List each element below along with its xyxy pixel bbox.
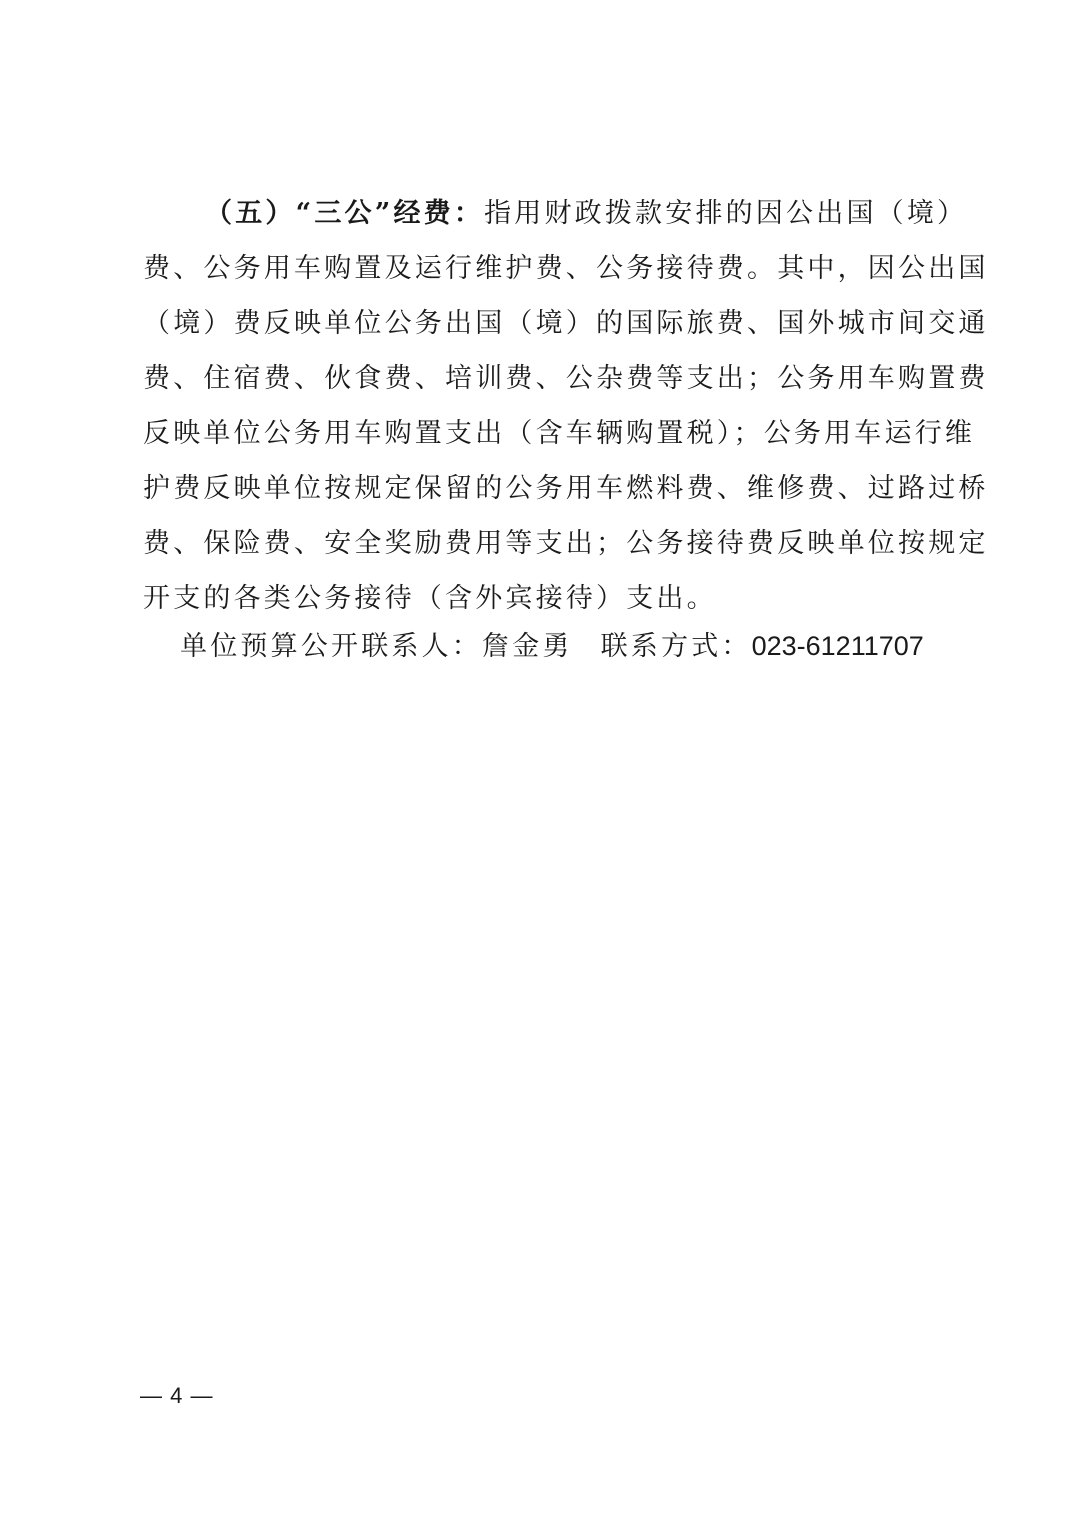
- contact-person-name: 詹金勇: [482, 631, 573, 662]
- paragraph-line-1: （五）“三公”经费：指用财政拨款安排的因公出国（境）: [143, 186, 943, 241]
- document-page: （五）“三公”经费：指用财政拨款安排的因公出国（境） 费、公务用车购置及运行维护…: [0, 0, 1074, 1520]
- paragraph-line-4: 费、住宿费、伙食费、培训费、公杂费等支出；公务用车购置费: [143, 351, 943, 406]
- paragraph-line-3: （境）费反映单位公务出国（境）的国际旅费、国外城市间交通: [143, 296, 943, 351]
- section-heading: （五）“三公”经费：: [205, 198, 484, 229]
- three-public-expenses-paragraph: （五）“三公”经费：指用财政拨款安排的因公出国（境） 费、公务用车购置及运行维护…: [143, 186, 943, 626]
- paragraph-line-7: 费、保险费、安全奖励费用等支出；公务接待费反映单位按规定: [143, 516, 943, 571]
- contact-method-label: 联系方式：: [601, 631, 752, 662]
- contact-phone: 023-61211707: [752, 631, 924, 661]
- page-number: — 4 —: [140, 1383, 213, 1409]
- contact-person-label: 单位预算公开联系人：: [180, 631, 482, 662]
- paragraph-line-6: 护费反映单位按规定保留的公务用车燃料费、维修费、过路过桥: [143, 461, 943, 516]
- paragraph-line-5: 反映单位公务用车购置支出（含车辆购置税）；公务用车运行维: [143, 406, 943, 461]
- paragraph-line-2: 费、公务用车购置及运行维护费、公务接待费。其中，因公出国: [143, 241, 943, 296]
- paragraph-text: 指用财政拨款安排的因公出国（境）: [484, 198, 967, 229]
- paragraph-line-8: 开支的各类公务接待（含外宾接待）支出。: [143, 571, 943, 626]
- contact-info: 单位预算公开联系人：詹金勇联系方式：023-61211707: [180, 621, 924, 672]
